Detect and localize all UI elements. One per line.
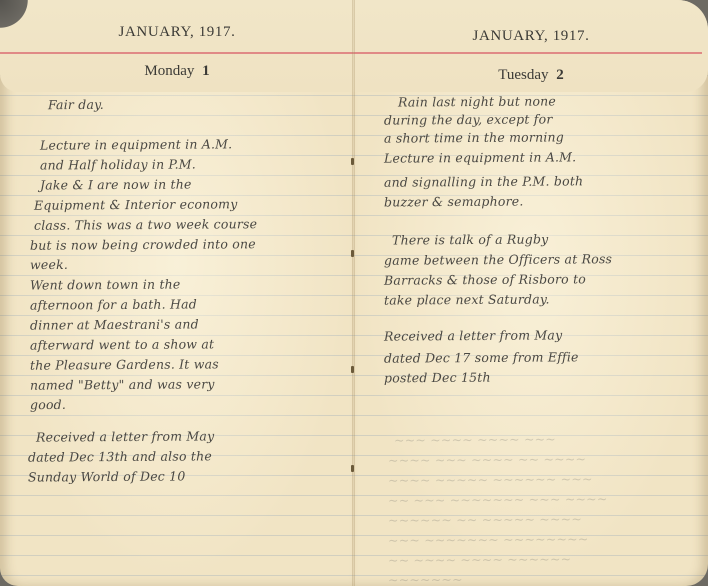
entry-line: Rain last night but none [398, 93, 556, 109]
day-number: 1 [202, 63, 210, 79]
entry-line: the Pleasure Gardens. It was [30, 356, 219, 372]
bleed-through-text: ~~ ~~~~ ~~~~ ~~~~~~ [388, 551, 571, 567]
entry-line: take place next Saturday. [384, 291, 550, 307]
right-page: JANUARY, 1917. Tuesday 2 Rain last night… [354, 0, 708, 586]
bleed-through-text: ~~~~ ~~~~~ ~~~~~~ ~~~ [388, 471, 593, 487]
entry-line: Received a letter from May [36, 428, 214, 444]
entry-line: Lecture in equipment in A.M. [40, 136, 232, 152]
entry-line: and Half holiday in P.M. [40, 156, 196, 172]
entry-line: afterward went to a show at [30, 336, 214, 352]
day-number: 2 [556, 67, 564, 83]
binding-stitch [351, 250, 354, 257]
month-header: JANUARY, 1917. [0, 24, 354, 41]
entry-line: week. [30, 257, 68, 272]
entry-line: Barracks & those of Risboro to [384, 271, 586, 287]
bleed-through-text: ~~~~ ~~~ ~~~~ ~~ ~~~~ [388, 451, 586, 467]
month-header: JANUARY, 1917. [354, 28, 708, 45]
entry-line: named "Betty" and was very [30, 376, 215, 392]
entry-line: Received a letter from May [384, 327, 562, 343]
bleed-through-text: ~~~~~~ ~~ ~~~~~ ~~~~ [388, 511, 582, 527]
entry-line: good. [30, 397, 66, 412]
bleed-through-text: ~~ ~~~ ~~~~~~~ ~~~ ~~~~ [388, 491, 608, 508]
entry-line: afternoon for a bath. Had [30, 296, 197, 312]
day-heading: Monday 1 [0, 63, 354, 80]
bleed-through-text: ~~~ ~~~~ ~~~~ ~~~ [394, 431, 556, 447]
book-gutter [352, 0, 355, 586]
binding-stitch [351, 366, 354, 373]
entry-line: class. This was a two week course [34, 216, 257, 233]
entry-line: a short time in the morning [384, 129, 564, 145]
red-header-rule [0, 52, 354, 54]
bleed-through-text: ~~~~~~~ [388, 572, 463, 586]
left-page: JANUARY, 1917. Monday 1 Fair day. Lectur… [0, 0, 354, 586]
entry-line: Lecture in equipment in A.M. [384, 149, 576, 165]
day-name: Monday [144, 63, 194, 79]
bleed-through-text: ~~~ ~~~~~~~ ~~~~~~~~ [388, 531, 589, 547]
diary-spread: JANUARY, 1917. Monday 1 Fair day. Lectur… [0, 0, 708, 586]
red-header-rule [354, 52, 702, 54]
entry-line: dated Dec 13th and also the [28, 448, 212, 464]
entry-line: Sunday World of Dec 10 [28, 468, 186, 484]
day-heading: Tuesday 2 [354, 67, 708, 84]
entry-line: game between the Officers at Ross [384, 251, 612, 268]
entry-line: Went down town in the [30, 276, 181, 292]
entry-line: Fair day. [48, 97, 104, 112]
binding-stitch [351, 158, 354, 165]
entry-line: dated Dec 17 some from Effie [384, 349, 579, 365]
entry-line: There is talk of a Rugby [392, 231, 549, 247]
entry-line: dinner at Maestrani's and [30, 316, 199, 332]
entry-line: Equipment & Interior economy [34, 196, 238, 212]
entry-line: during the day, except for [384, 111, 553, 127]
entry-line: buzzer & semaphore. [384, 194, 524, 210]
binding-stitch [351, 465, 354, 472]
entry-line: and signalling in the P.M. both [384, 173, 583, 189]
entry-line: Jake & I are now in the [40, 176, 192, 192]
entry-line: posted Dec 15th [384, 370, 491, 386]
entry-line: but is now being crowded into one [30, 236, 256, 253]
day-name: Tuesday [498, 67, 548, 83]
